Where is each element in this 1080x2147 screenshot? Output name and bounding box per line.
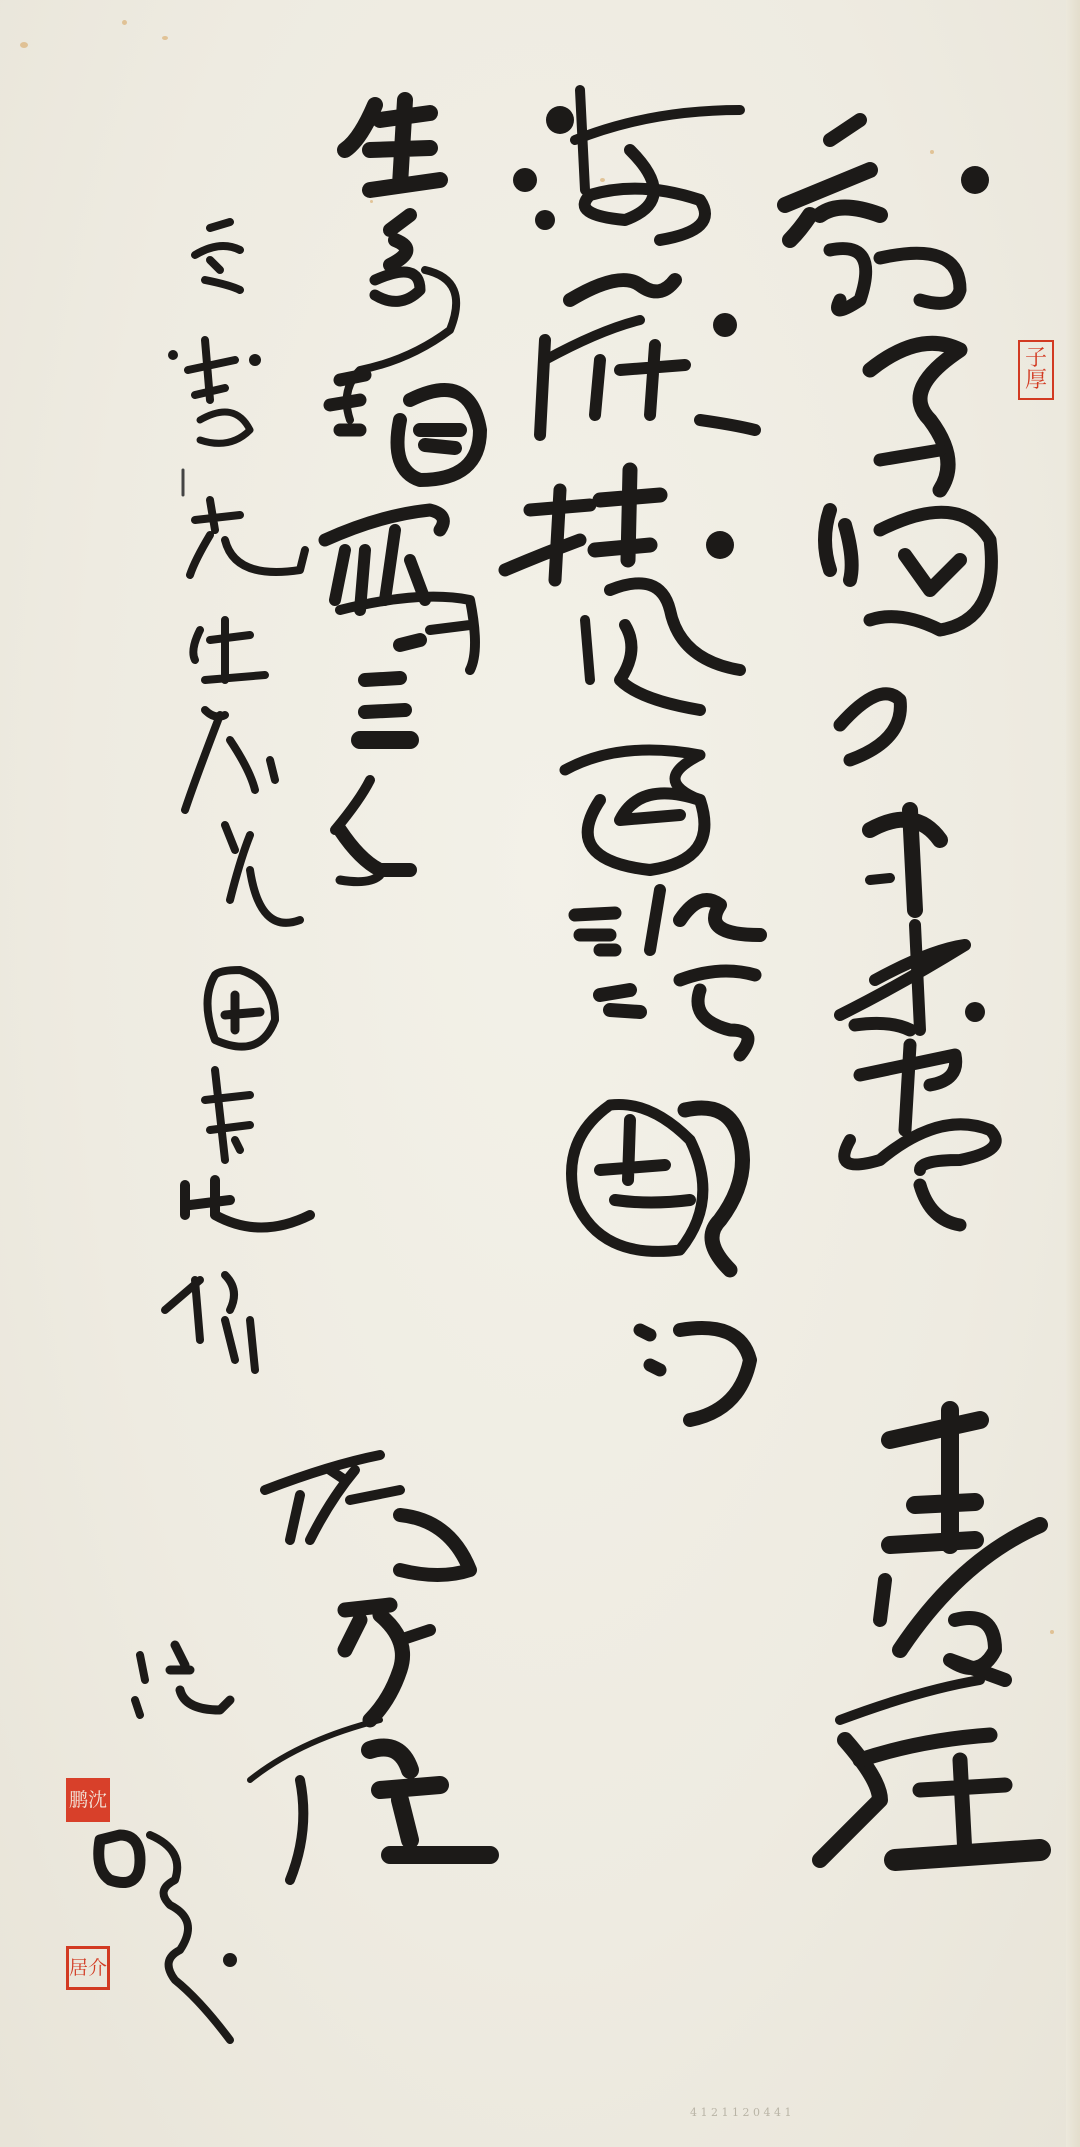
inscription-column — [165, 222, 310, 1370]
seal-char: 鹏 — [69, 1791, 88, 1810]
seal-char: 厚 — [1025, 370, 1047, 392]
seal-char: 介 — [88, 1959, 107, 1978]
column-right — [785, 120, 1040, 1860]
column-center — [250, 100, 490, 1880]
signature — [99, 1645, 237, 2040]
column-center-right — [505, 90, 760, 1420]
seal-char: 沈 — [88, 1791, 107, 1810]
seal-char: 居 — [69, 1959, 88, 1978]
seal-signature-intaglio: 鹏 沈 — [66, 1778, 110, 1822]
seal-signature-relief: 居 介 — [66, 1946, 110, 1990]
calligraphy-ink — [0, 0, 1080, 2147]
seal-char: 子 — [1025, 348, 1047, 370]
seal-top-right: 子 厚 — [1018, 340, 1054, 400]
pencil-annotation: 4 1 2 1 1 2 0 4 4 1 — [690, 2106, 791, 2119]
